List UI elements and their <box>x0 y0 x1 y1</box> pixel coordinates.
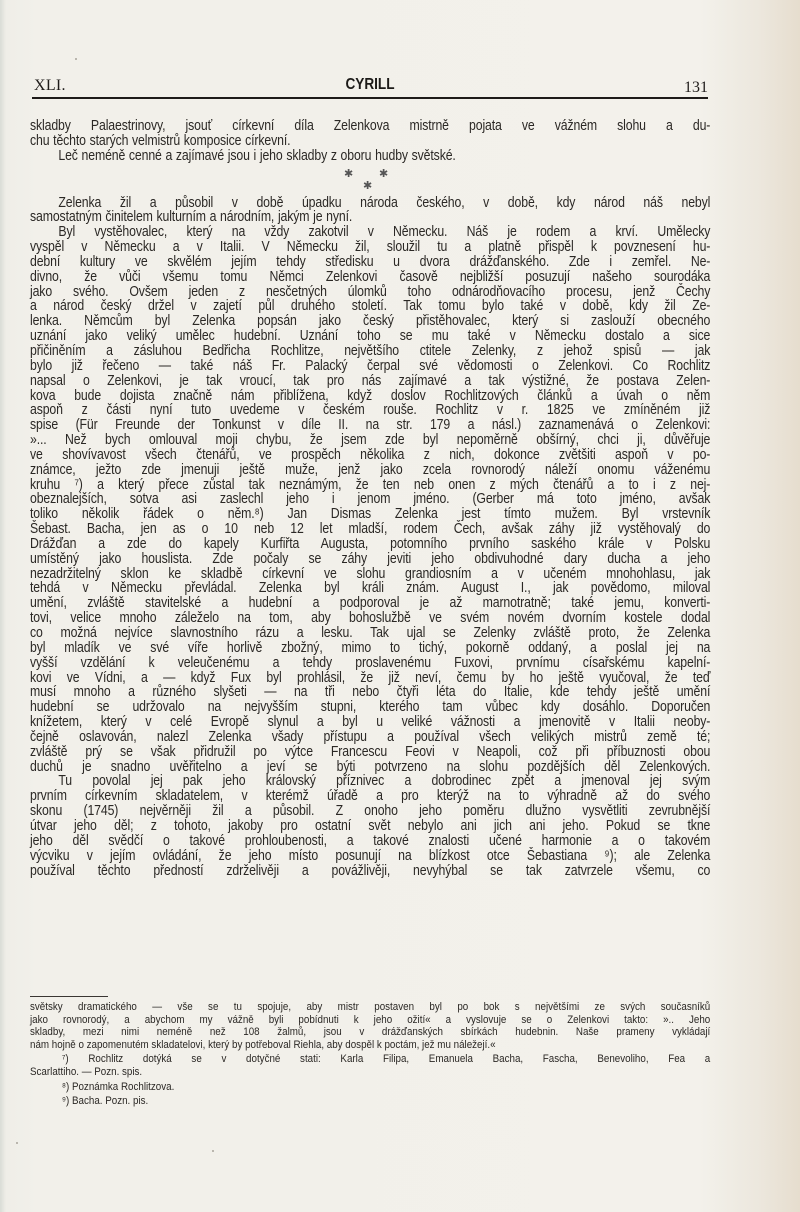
page-number: 131 <box>684 79 708 97</box>
quote-line: co možná nejvíce slavnostního rázu a les… <box>30 626 710 641</box>
text-line: vyspěl v Německu a v Italii. V Německu ž… <box>30 240 710 255</box>
text-line: aspoň z části nyní tuto uvedeme v českém… <box>30 403 710 418</box>
running-title: CYRILL <box>83 76 658 94</box>
footnote-text: Bacha. Pozn. pis. <box>72 1095 148 1107</box>
quote-line: Šebast. Bacha, jen as o 10 neb 12 let ml… <box>30 522 710 537</box>
quote-line: výcviku v jejím ovládání, že jeho místo … <box>30 849 710 864</box>
quote-line: duchů je snadno uvěřitelno a jeví se být… <box>30 760 710 775</box>
text-line: lenka. Němcům byl Zelenka popsán jako če… <box>30 314 710 329</box>
quote-line: toliko několik řádek o něm.⁸) Jan Dismas… <box>30 507 710 522</box>
section-break-asterism: ✱ ✱ ✱ <box>30 164 710 196</box>
quote-line: používal těchto předností zdrželivěji a … <box>30 864 710 879</box>
paragraph-start: Tu povolal jej pak jeho královský přízni… <box>30 774 710 789</box>
text-line: uznání jako veliký umělec hudební. Uznán… <box>30 329 710 344</box>
quote-line: tovi, velice mnoho záleželo na tom, aby … <box>30 611 710 626</box>
quote-line: musí mnoho a různého slyšeti — na tři ne… <box>30 685 710 700</box>
text-line: divno, že vůči všemu tomu Němci Zelenkov… <box>30 270 710 285</box>
footnote-marker: ⁸) <box>62 1081 69 1093</box>
footnote-text: Rochlitz dotýká se v dotyčné stati: Karl… <box>88 1053 710 1065</box>
text-line: skladby Palaestrinovy, jsouť církevní dí… <box>30 119 710 134</box>
footnote-continuation-line: nám hojně o zapomenutém skladatelovi, kt… <box>30 1039 710 1052</box>
quote-line: prvním církevním skladatelem, v kterémž … <box>30 789 710 804</box>
footnote-9: ⁹) Bacha. Pozn. pis. <box>30 1095 710 1108</box>
text-line: kova bude dojista značně nám přiblížena,… <box>30 389 710 404</box>
text-line: bylo již řečeno — také náš Fr. Palacký č… <box>30 359 710 374</box>
quote-line: vyšší vzdělání k veleučenému a tehdy pro… <box>30 656 710 671</box>
quote-line: umístěný jako houslista. Zde počaly se z… <box>30 552 710 567</box>
paragraph-start: Leč neméně cenné a zajímavé jsou i jeho … <box>30 149 710 164</box>
quote-line: hudební se udržovalo na nejvyšším stupni… <box>30 700 710 715</box>
chapter-numeral: XLI. <box>34 77 66 95</box>
quote-line: jeho děl svědčí o takové prohloubenosti,… <box>30 834 710 849</box>
text-line: spise (Für Freunde der Tonkunst v díle I… <box>30 418 710 433</box>
scan-speck <box>212 1150 214 1152</box>
footnote-text: Poznámka Rochlitzova. <box>72 1081 174 1093</box>
quote-line: knížetem, který v celé Evropě slynul a b… <box>30 715 710 730</box>
quote-line: čejně oslavován, nalezl Zelenka všady př… <box>30 730 710 745</box>
footnote-continuation-line: světsky dramatického — vše se tu spojuje… <box>30 1001 710 1014</box>
quote-line: tehdá v Německu převládal. Zelenka byl k… <box>30 581 710 596</box>
header-rule <box>32 97 708 99</box>
footnote-continuation-line: jako rovnorodý, a abychom my vážně byli … <box>30 1014 710 1027</box>
paragraph-start: Zelenka žil a působil v době úpadku náro… <box>30 196 710 211</box>
footnote-7-continuation: Scarlattiho. — Pozn. spis. <box>30 1066 710 1079</box>
paragraph-start: Byl vystěhovalec, který na vždy zakotvil… <box>30 225 710 240</box>
text-line: samostatným činitelem kulturním a národn… <box>30 210 710 225</box>
quote-line: zvláště prý se však přidružil po výtce F… <box>30 745 710 760</box>
footnote-marker: ⁷) <box>62 1053 69 1065</box>
text-line: a národ český držel v zajetí půl druhého… <box>30 299 710 314</box>
body-text: skladby Palaestrinovy, jsouť církevní dí… <box>30 119 710 878</box>
footnote-continuation-line: skladby, mezi nimi neméně než 108 žalmů,… <box>30 1026 710 1039</box>
quote-line: byl mladík ve své víře horlivě zbožný, m… <box>30 641 710 656</box>
quote-line: »... Než bych omlouval moji chybu, že js… <box>30 433 710 448</box>
footnote-8: ⁸) Poznámka Rochlitzova. <box>30 1081 710 1094</box>
quote-line: kruhu ⁷) a který přece zůstal tak neznám… <box>30 478 710 493</box>
footnote-7: ⁷) Rochlitz dotýká se v dotyčné stati: K… <box>30 1053 710 1066</box>
footnote-marker: ⁹) <box>62 1095 69 1107</box>
text-line: přičiněním a zásluhou Bedřicha Rochlitze… <box>30 344 710 359</box>
asterisk-icon: ✱ <box>379 167 388 182</box>
running-head: XLI. CYRILL 131 <box>32 77 708 97</box>
footnotes: světsky dramatického — vše se tu spojuje… <box>30 1001 710 1108</box>
quote-line: obeznalejších, sotva asi zaslechl jeho i… <box>30 492 710 507</box>
text-line: chu těchto starých velmistrů komposice c… <box>30 134 710 149</box>
asterisk-icon: ✱ <box>344 167 353 182</box>
text-line: dební kultury ve skvělém jejím tehdy stř… <box>30 255 710 270</box>
quote-line: skonu (1745) nejvěrněji žil a působil. Z… <box>30 804 710 819</box>
quote-line: útvar jeho děl; z tohoto, jakoby pro ost… <box>30 819 710 834</box>
footnote-separator <box>30 996 108 997</box>
quote-line: kovi ve Vídni, a — když Fux byl prohlási… <box>30 671 710 686</box>
text-line: napsal o Zelenkovi, je tak vroucí, tak p… <box>30 374 710 389</box>
quote-line: umění, zvláště stavitelské a hudební a p… <box>30 596 710 611</box>
quote-line: nezadržitelný sklon ke skladbě církevní … <box>30 567 710 582</box>
text-line: jako svého. Ovšem jeden z nesčetných úlo… <box>30 285 710 300</box>
scan-speck <box>16 1142 18 1144</box>
quote-line: Drážďan a zde do kapely Kurfiřta Augusta… <box>30 537 710 552</box>
asterisk-icon: ✱ <box>363 179 372 194</box>
quote-line: známce, ježto zde jmenuji ještě muže, je… <box>30 463 710 478</box>
scan-speck <box>75 58 77 60</box>
book-page: XLI. CYRILL 131 skladby Palaestrinovy, j… <box>0 0 800 1212</box>
quote-line: ve shovívavost všech čtenářů, ve prospěc… <box>30 448 710 463</box>
